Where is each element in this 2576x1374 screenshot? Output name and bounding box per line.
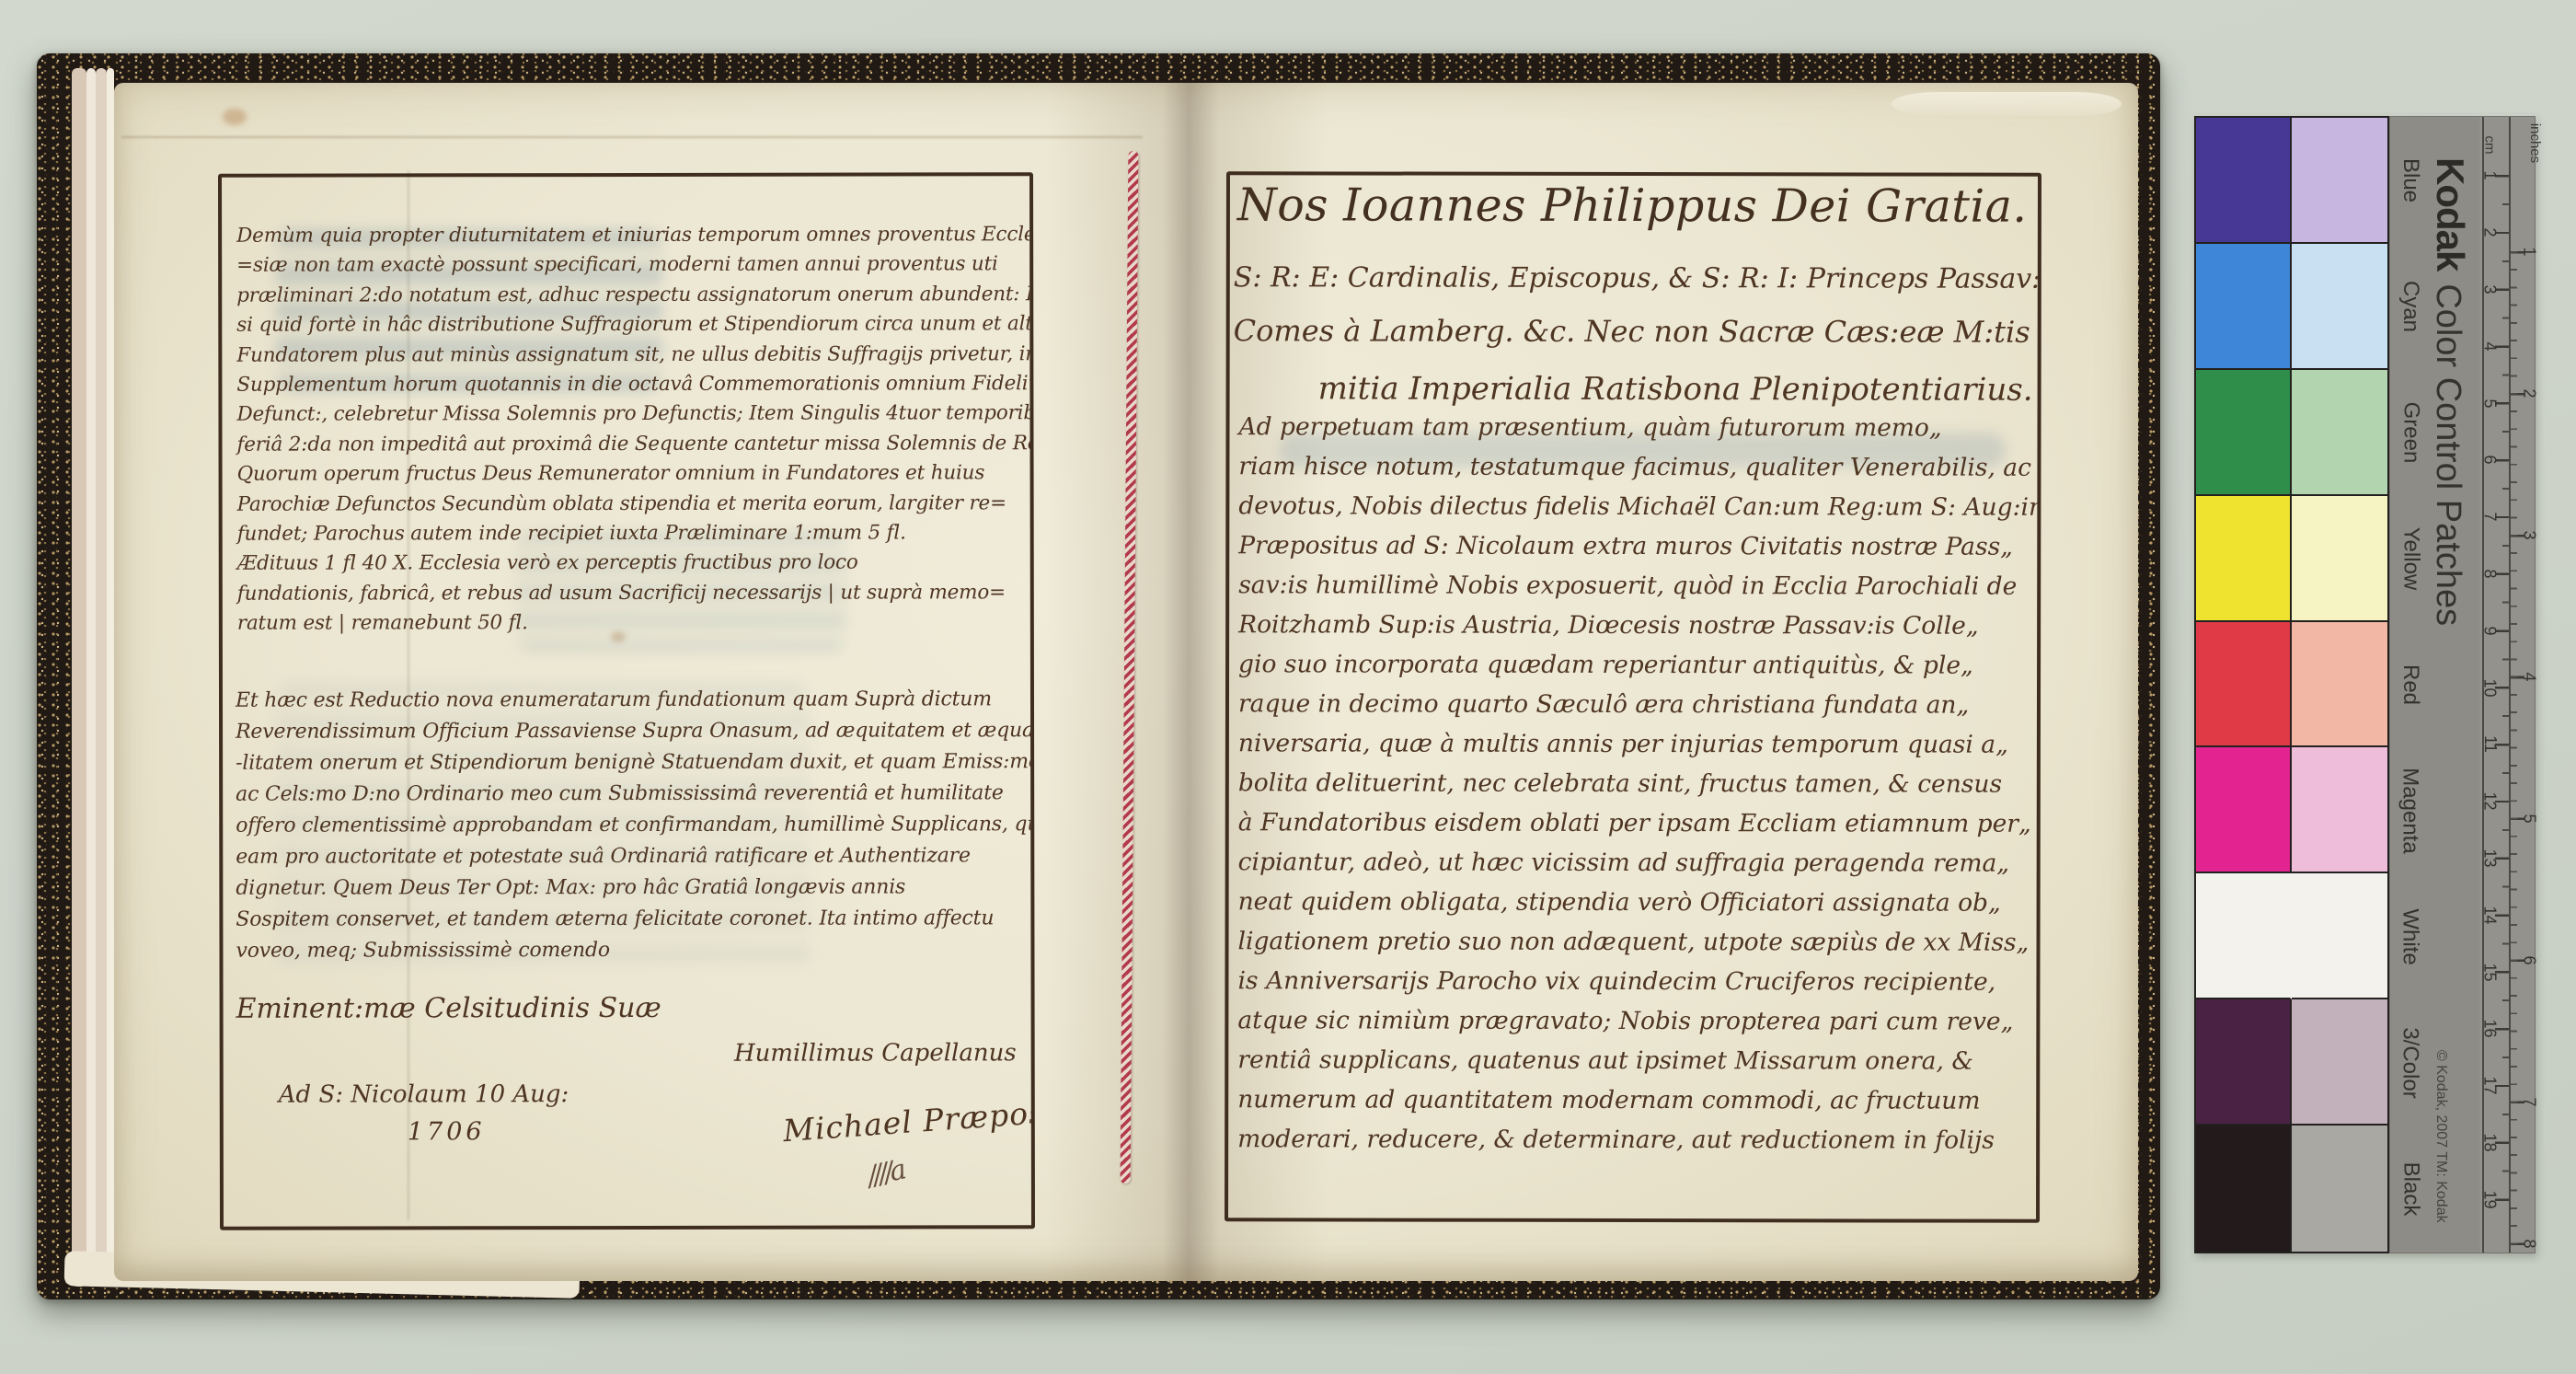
manuscript-line: ac Cels:mo D:no Ordinario meo cum Submis… xyxy=(236,778,1035,811)
manuscript-line: fundationis, fabricâ, et rebus ad usum S… xyxy=(237,578,1035,609)
inch-number-cell: 5 xyxy=(2522,748,2537,890)
color-patch-dark xyxy=(2196,370,2292,496)
manuscript-line: ratum est | remanebunt 50 fl. xyxy=(237,607,1035,639)
cm-number-cell: 17 xyxy=(2478,1057,2501,1114)
fox-spot xyxy=(223,109,247,125)
manuscript-line: raque in decimo quarto Sæculô æra christ… xyxy=(1238,684,2041,725)
page-stack-edge xyxy=(86,68,96,1287)
color-patch-light xyxy=(2292,747,2387,873)
manuscript-line: devotus, Nobis dilectus fidelis Michaël … xyxy=(1238,486,2041,527)
manuscript-line: Præpositus ad S: Nicolaum extra muros Ci… xyxy=(1238,525,2041,567)
cm-number-cell: 12 xyxy=(2478,773,2501,830)
color-patch-dark xyxy=(2196,244,2292,370)
cm-number-cell: 1 xyxy=(2478,147,2501,204)
inches-scale-label: inches xyxy=(2515,135,2555,151)
page-stack-edge xyxy=(107,68,114,1287)
manuscript-line: atque sic nimiùm prægravato; Nobis propt… xyxy=(1237,1000,2041,1042)
patch-label-cell: White xyxy=(2390,874,2431,1000)
charter-heading-line-3: Comes à Lamberg. &c. Nec non Sacræ Cæs:e… xyxy=(1234,313,2041,350)
page-corner-fold xyxy=(1892,92,2122,116)
color-patch-light xyxy=(2292,118,2387,244)
inch-number-cell: 4 xyxy=(2522,606,2537,748)
cm-number-cell: 11 xyxy=(2478,716,2501,773)
signature-flourish: ////a xyxy=(865,1154,906,1193)
card-brand-text: KodakColor Control Patches xyxy=(2422,157,2472,659)
cm-number-cell: 18 xyxy=(2478,1114,2501,1172)
manuscript-line: neat quidem obligata, stipendia verò Off… xyxy=(1238,882,2041,923)
signature: Michael Præposit9 xyxy=(782,1091,1035,1149)
color-patch-light xyxy=(2292,873,2387,999)
inch-number-cell: 1 xyxy=(2522,181,2537,323)
patch-label: White xyxy=(2398,909,2423,965)
right-page-frame: Nos Ioannes Philippus Dei Gratia. S: R: … xyxy=(1225,171,2041,1223)
patch-label: 3/Color xyxy=(2398,1028,2423,1099)
color-patch-dark xyxy=(2196,747,2292,873)
cm-number-cell: 8 xyxy=(2478,546,2501,603)
patch-label-cell: 3/Color xyxy=(2390,1000,2431,1126)
inch-number-cell: 3 xyxy=(2522,465,2537,606)
manuscript-line: Roitzhamb Sup:is Austria, Diœcesis nostr… xyxy=(1238,605,2041,646)
patch-label: Magenta xyxy=(2398,768,2423,853)
manuscript-line: dignetur. Quem Deus Ter Opt: Max: pro hâ… xyxy=(236,872,1035,905)
manuscript-line: fundet; Parochus autem inde recipiet iux… xyxy=(237,518,1035,549)
color-patch-dark xyxy=(2196,622,2292,748)
color-patch-light xyxy=(2292,244,2387,370)
manuscript-line: rentiâ supplicans, quatenus aut ipsimet … xyxy=(1237,1040,2041,1081)
cm-number-cell: 16 xyxy=(2478,1000,2501,1057)
manuscript-line: bolita delituerint, nec celebrata sint, … xyxy=(1238,763,2041,804)
cm-half-ticks xyxy=(2502,203,2509,1203)
card-title-text: Color Control Patches xyxy=(2429,283,2467,626)
cm-numbers: 12345678910111213141516171819 xyxy=(2478,147,2501,1228)
cm-number-cell: 15 xyxy=(2478,943,2501,1000)
manuscript-line: -litatem onerum et Stipendiorum benignè … xyxy=(236,746,1035,779)
manuscript-line: eam pro auctoritate et potestate suâ Ord… xyxy=(236,840,1035,873)
charter-heading-line-2: S: R: E: Cardinalis, Episcopus, & S: R: … xyxy=(1234,261,2041,295)
manuscript-line: Parochiæ Defunctos Secundùm oblata stipe… xyxy=(237,489,1035,520)
card-label-strip: Blue Cyan Green Yellow Red xyxy=(2389,116,2536,1253)
manuscript-line: riam hisce notum, testatumque facimus, q… xyxy=(1238,446,2041,488)
patch-label-cell: Black xyxy=(2390,1126,2431,1253)
manuscript-line: si quid fortè in hâc distributione Suffr… xyxy=(236,309,1035,341)
book-cover: Demùm quia propter diuturnitatem et iniu… xyxy=(37,53,2160,1299)
manuscript-line: feriâ 2:da non impeditâ aut proximâ die … xyxy=(236,429,1035,460)
manuscript-line: Defunct:, celebretur Missa Solemnis pro … xyxy=(236,398,1035,430)
manuscript-line: voveo, meq; Submississimè comendo xyxy=(236,934,1035,967)
manuscript-line: niversaria, quæ à multis annis per injur… xyxy=(1238,723,2041,765)
manuscript-line: moderari, reducere, & determinare, aut r… xyxy=(1237,1119,2041,1160)
year-line: 1706 xyxy=(408,1117,486,1146)
inch-number-cell: 7 xyxy=(2522,1031,2537,1172)
cm-number-cell: 5 xyxy=(2478,375,2501,432)
page-stack-edge xyxy=(96,68,107,1287)
manuscript-line: Demùm quia propter diuturnitatem et iniu… xyxy=(236,220,1035,251)
left-page-frame: Demùm quia propter diuturnitatem et iniu… xyxy=(218,172,1035,1230)
inch-minor-ticks xyxy=(2511,251,2517,1247)
manuscript-line: Quorum operum fructus Deus Remunerator o… xyxy=(237,458,1035,490)
manuscript-line: Supplementum horum quotannis in die octa… xyxy=(236,369,1035,400)
color-patch-dark xyxy=(2196,118,2292,244)
color-patch-light xyxy=(2292,622,2387,748)
leaf-edge xyxy=(121,136,1143,138)
manuscript-line: is Anniversarijs Parocho vix quindecim C… xyxy=(1237,961,2041,1002)
manuscript-line: sav:is humillimè Nobis exposuerit, quòd … xyxy=(1238,565,2041,606)
patch-label: Yellow xyxy=(2398,527,2423,591)
color-patch-light xyxy=(2292,999,2387,1126)
manuscript-line: =siæ non tam exactè possunt specificari,… xyxy=(236,250,1035,282)
inch-number-cell: 2 xyxy=(2522,323,2537,465)
manuscript-line: numerum ad quantitatem modernam commodi,… xyxy=(1237,1080,2041,1121)
patch-label: Red xyxy=(2398,664,2423,705)
manuscript-line: Ad perpetuam tam præsentium, quàm futuro… xyxy=(1238,407,2041,448)
color-patch-light xyxy=(2292,496,2387,622)
inch-number-cell: 8 xyxy=(2522,1172,2537,1314)
manuscript-line: præliminari 2:do notatum est, adhuc resp… xyxy=(236,280,1035,311)
color-patch-light xyxy=(2292,1126,2387,1252)
manuscript-line: Reverendissimum Officium Passaviense Sup… xyxy=(236,715,1035,748)
color-patch-dark xyxy=(2196,873,2292,999)
patch-label: Black xyxy=(2398,1162,2423,1217)
color-patch-dark xyxy=(2196,496,2292,622)
cm-number-cell: 19 xyxy=(2478,1171,2501,1228)
left-page-paragraph-2: Et hæc est Reductio nova enumeratarum fu… xyxy=(236,684,1035,967)
patch-label: Blue xyxy=(2398,158,2423,202)
patch-label: Green xyxy=(2398,401,2423,463)
cm-number-cell: 7 xyxy=(2478,489,2501,546)
salutation-line: Eminent:mæ Celsitudinis Suæ xyxy=(236,992,661,1025)
card-copyright: © Kodak, 2007 TM: Kodak xyxy=(2431,1050,2449,1326)
charter-heading-line-4: mitia Imperialia Ratisbona Plenipotentia… xyxy=(1318,370,2033,408)
page-stack-edge xyxy=(72,68,86,1287)
manuscript-line: gio suo incorporata quædam reperiantur a… xyxy=(1238,644,2041,686)
cm-number-cell: 2 xyxy=(2478,204,2501,261)
inch-numbers: 12345678 xyxy=(2522,181,2537,1314)
color-patch-grid xyxy=(2194,116,2389,1253)
manuscript-line: Fundatorem plus aut minùs assignatum sit… xyxy=(236,340,1035,371)
cm-number-cell: 3 xyxy=(2478,261,2501,318)
cm-number-cell: 4 xyxy=(2478,318,2501,375)
cm-number-cell: 6 xyxy=(2478,432,2501,489)
cm-number-cell: 14 xyxy=(2478,886,2501,943)
photo-stage: Demùm quia propter diuturnitatem et iniu… xyxy=(0,0,2576,1374)
charter-heading-line-1: Nos Ioannes Philippus Dei Gratia. xyxy=(1237,179,2028,232)
right-page-body: Ad perpetuam tam præsentium, quàm futuro… xyxy=(1237,407,2041,1160)
capellanus-line: Humillimus Capellanus xyxy=(656,1039,1017,1068)
inch-number-cell: 6 xyxy=(2522,889,2537,1031)
manuscript-line: Et hæc est Reductio nova enumeratarum fu… xyxy=(236,684,1035,717)
cm-number-cell: 10 xyxy=(2478,659,2501,716)
kodak-logo-text: Kodak xyxy=(2429,157,2472,271)
place-date-line: Ad S: Nicolaum 10 Aug: xyxy=(279,1080,569,1109)
manuscript-line: à Fundatoribus eisdem oblati per ipsam E… xyxy=(1238,802,2041,844)
patch-label: Cyan xyxy=(2398,281,2423,332)
manuscript-line: ligationem pretio suo non adæquent, utpo… xyxy=(1237,921,2041,963)
manuscript-line: Sospitem conservet, et tandem æterna fel… xyxy=(236,903,1035,936)
color-patch-dark xyxy=(2196,1126,2292,1252)
color-patch-light xyxy=(2292,370,2387,496)
patch-label-cell: Magenta xyxy=(2390,748,2431,874)
manuscript-line: cipiantur, adeò, ut hæc vicissim ad suff… xyxy=(1238,842,2041,883)
manuscript-line: Ædituus 1 fl 40 X. Ecclesia verò ex perc… xyxy=(237,548,1035,579)
left-page-paragraph-1: Demùm quia propter diuturnitatem et iniu… xyxy=(236,220,1035,639)
manuscript-line: offero clementissimè approbandam et conf… xyxy=(236,809,1035,842)
color-patch-dark xyxy=(2196,999,2292,1126)
kodak-color-card: Blue Cyan Green Yellow Red xyxy=(2194,116,2536,1253)
cm-number-cell: 13 xyxy=(2478,830,2501,887)
cm-number-cell: 9 xyxy=(2478,602,2501,659)
